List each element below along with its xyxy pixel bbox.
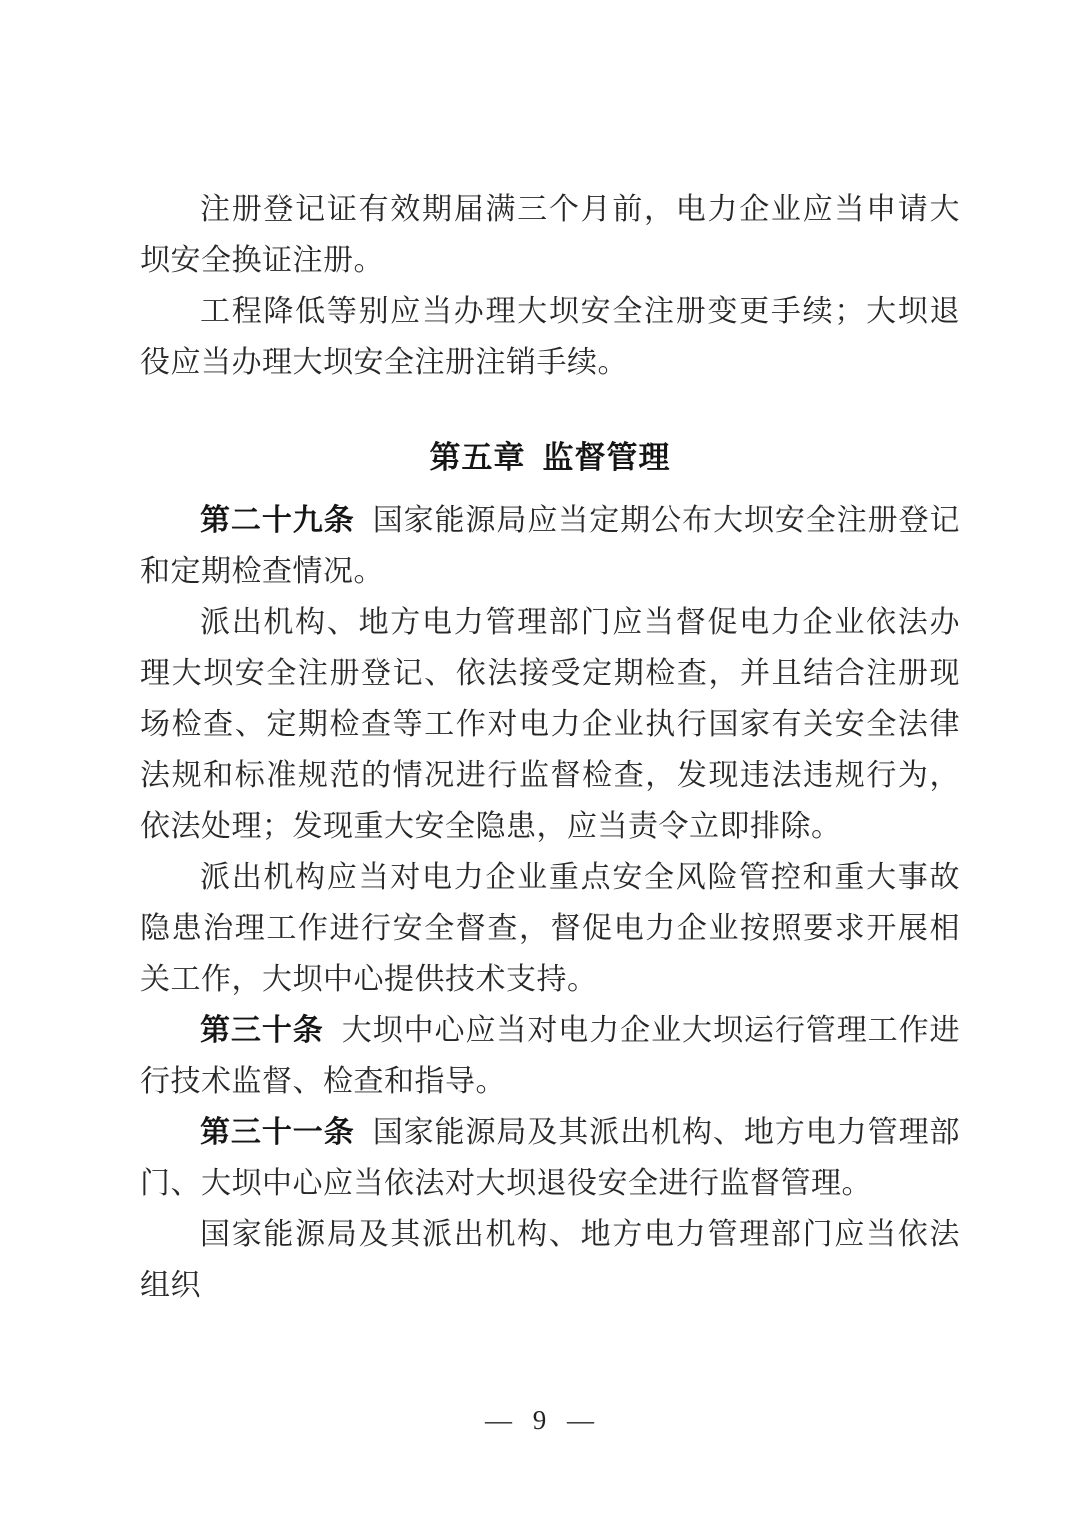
chapter-title: 监督管理 — [543, 440, 671, 475]
document-page: 注册登记证有效期届满三个月前，电力企业应当申请大坝安全换证注册。 工程降低等别应… — [0, 0, 1080, 1527]
paragraph-supervision-inspection: 派出机构、地方电力管理部门应当督促电力企业依法办理大坝安全注册登记、依法接受定期… — [140, 597, 960, 852]
article-31-number: 第三十一条 — [200, 1116, 355, 1149]
article-30-paragraph: 第三十条大坝中心应当对电力企业大坝运行管理工作进行技术监督、检查和指导。 — [140, 1005, 960, 1107]
chapter-heading: 第五章监督管理 — [140, 432, 960, 483]
article-31-paragraph: 第三十一条国家能源局及其派出机构、地方电力管理部门、大坝中心应当依法对大坝退役安… — [140, 1107, 960, 1209]
page-number: — 9 — — [0, 1400, 1080, 1440]
article-29-paragraph: 第二十九条国家能源局应当定期公布大坝安全注册登记和定期检查情况。 — [140, 495, 960, 597]
article-30-number: 第三十条 — [200, 1014, 324, 1047]
paragraph-organize-by-law: 国家能源局及其派出机构、地方电力管理部门应当依法组织 — [140, 1209, 960, 1311]
paragraph-risk-control-supervision: 派出机构应当对电力企业重点安全风险管控和重大事故隐患治理工作进行安全督查，督促电… — [140, 852, 960, 1005]
chapter-number: 第五章 — [429, 440, 525, 475]
article-29-number: 第二十九条 — [200, 504, 355, 537]
paragraph-renewal-registration: 注册登记证有效期届满三个月前，电力企业应当申请大坝安全换证注册。 — [140, 184, 960, 286]
document-content: 注册登记证有效期届满三个月前，电力企业应当申请大坝安全换证注册。 工程降低等别应… — [140, 184, 960, 1311]
paragraph-change-cancel-registration: 工程降低等别应当办理大坝安全注册变更手续；大坝退役应当办理大坝安全注册注销手续。 — [140, 286, 960, 388]
